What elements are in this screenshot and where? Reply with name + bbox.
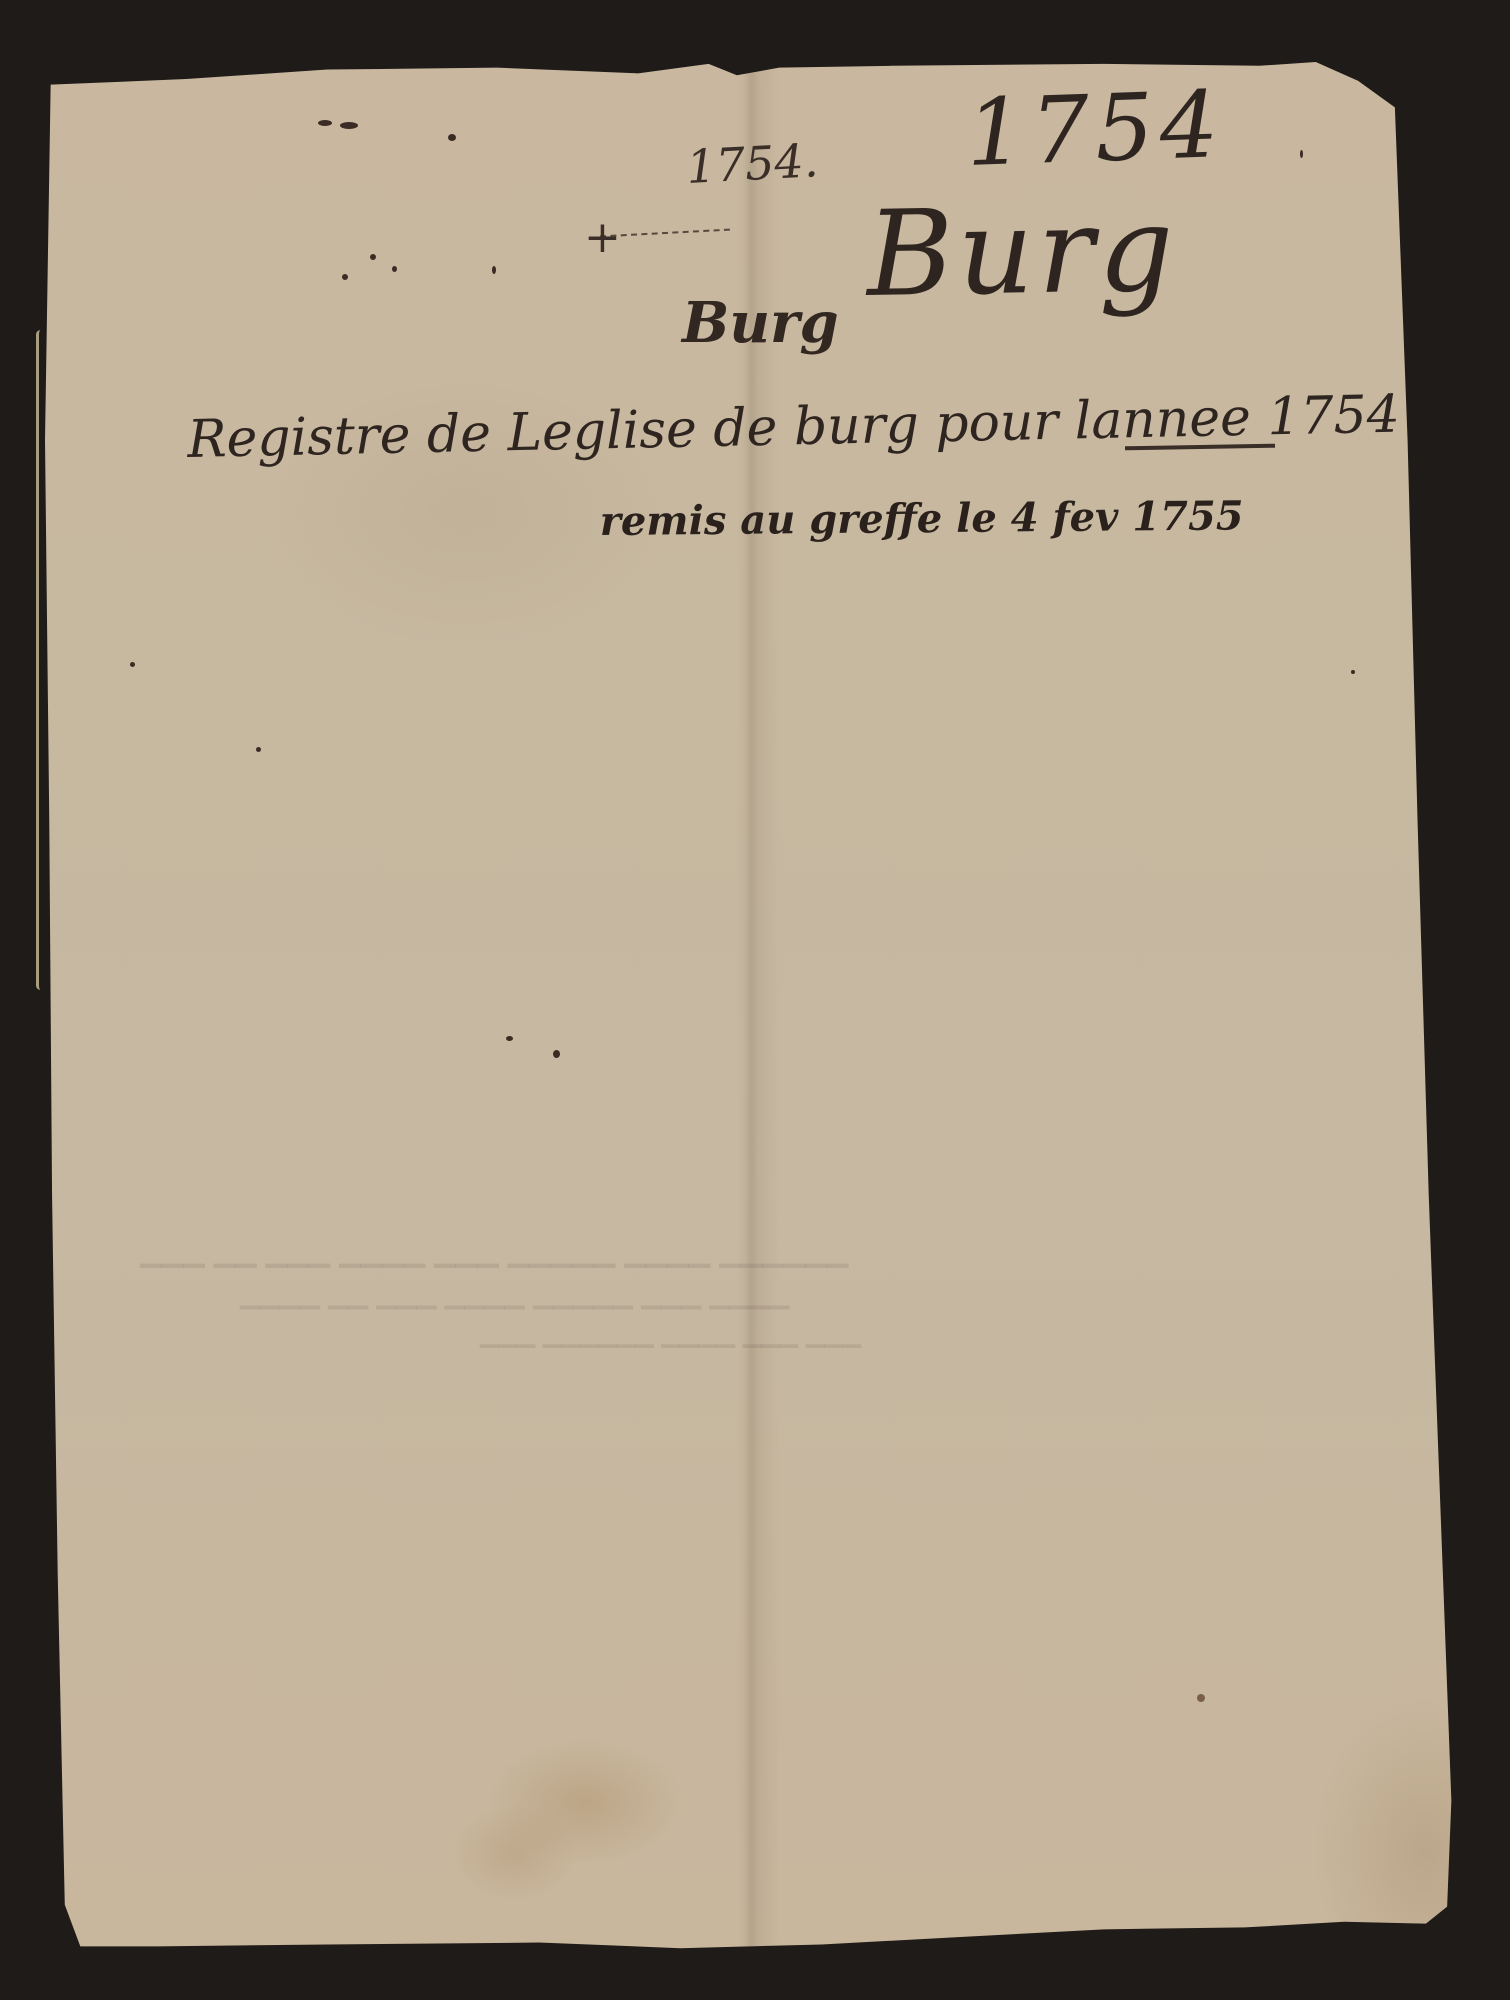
ink-speck: [130, 662, 135, 667]
ink-speck: [553, 1050, 560, 1058]
deposit-note: remis au greffe le 4 fev 1755: [600, 492, 1244, 545]
ink-speck: [318, 120, 332, 126]
binding-string: [36, 330, 45, 990]
year-annotation-small: 1754.: [685, 133, 819, 194]
ink-speck: [392, 266, 397, 272]
ink-speck: [340, 122, 358, 129]
ink-speck: [1197, 1694, 1205, 1702]
place-annotation-large: Burg: [866, 180, 1179, 323]
show-through-text: ▁▁▁ ▁▁▁▁▁▁ ▁▁▁▁ ▁▁▁ ▁▁▁: [480, 1320, 861, 1348]
year-annotation-large: 1754: [964, 71, 1226, 187]
show-through-text: ▁▁▁▁ ▁▁ ▁▁▁ ▁▁▁▁ ▁▁▁▁▁ ▁▁▁ ▁▁▁▁: [240, 1280, 789, 1310]
ink-speck: [506, 1036, 513, 1041]
ink-speck: [448, 134, 456, 141]
ink-speck: [492, 266, 496, 274]
ink-speck: [342, 274, 348, 280]
ink-speck: [256, 747, 261, 752]
ink-speck: [1351, 670, 1355, 674]
show-through-text: ▁▁▁ ▁▁ ▁▁▁ ▁▁▁▁ ▁▁▁ ▁▁▁▁▁ ▁▁▁▁ ▁▁▁▁▁▁: [140, 1235, 848, 1268]
ink-speck: [1300, 150, 1303, 158]
ink-speck: [370, 254, 376, 260]
place-annotation-small: Burg: [682, 290, 839, 356]
scanned-page: 1754 Burg 1754. + Burg Registre de Legli…: [0, 0, 1510, 2000]
cross-mark: +: [584, 212, 621, 263]
